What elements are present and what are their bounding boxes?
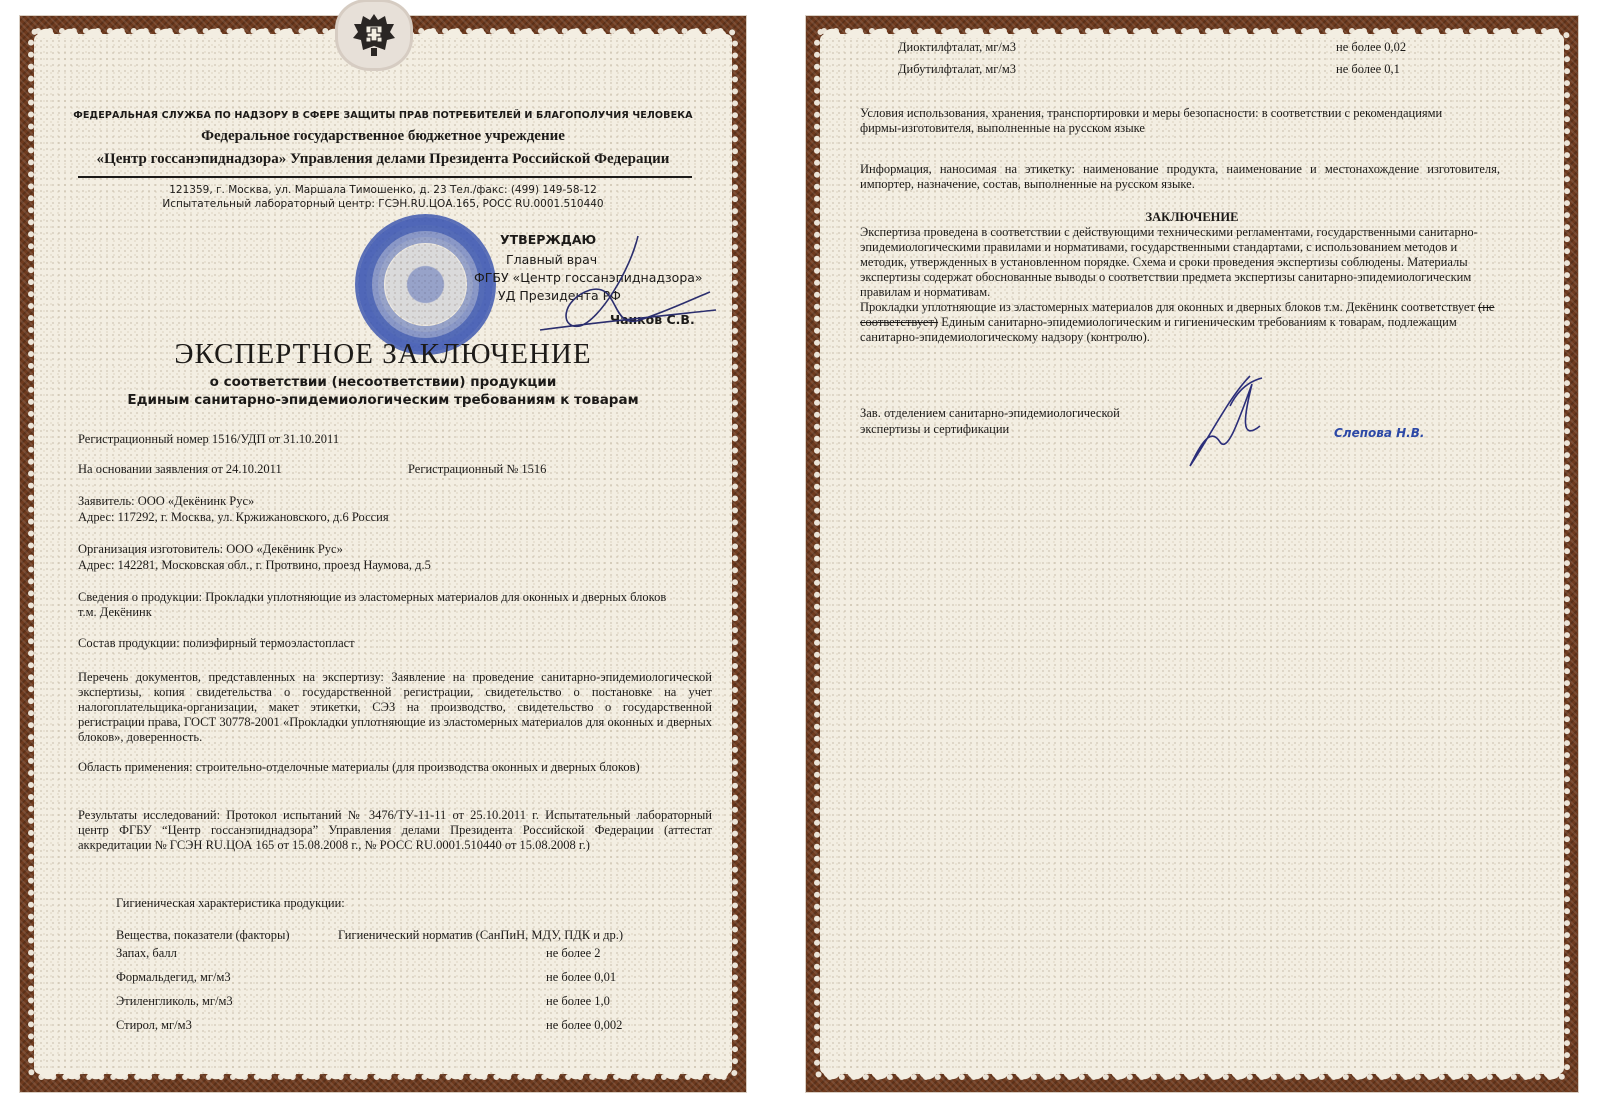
- document-subtitle-2: Единым санитарно-эпидемиологическим треб…: [20, 392, 746, 408]
- chief-doctor-signature-icon: [520, 230, 720, 340]
- certificate-page-1: ФЕДЕРАЛЬНАЯ СЛУЖБА ПО НАДЗОРУ В СФЕРЕ ЗА…: [20, 16, 746, 1092]
- registration-no: Регистрационный № 1516: [408, 462, 546, 477]
- table-row-name: Дибутилфталат, мг/м3: [898, 62, 1016, 77]
- institution-line-2: «Центр госсанэпиднадзора» Управления дел…: [20, 151, 746, 168]
- table-row-name: Запах, балл: [116, 946, 177, 961]
- application-scope: Область применения: строительно-отделочн…: [78, 760, 678, 775]
- table-row-value: не более 0,02: [1336, 40, 1406, 55]
- institution-address: 121359, г. Москва, ул. Маршала Тимошенко…: [20, 184, 746, 196]
- hygiene-heading: Гигиеническая характеристика продукции:: [116, 896, 345, 911]
- table-row-value: не более 1,0: [546, 994, 610, 1009]
- signer-name-stamp: Слепова Н.В.: [1334, 426, 1424, 440]
- application-date: На основании заявления от 24.10.2011: [78, 462, 282, 477]
- table-row-value: не более 0,1: [1336, 62, 1400, 77]
- table-row-name: Стирол, мг/м3: [116, 1018, 192, 1033]
- verdict-text: Прокладки уплотняющие из эластомерных ма…: [860, 300, 1478, 314]
- manufacturer-address: Адрес: 142281, Московская обл., г. Протв…: [78, 558, 431, 573]
- label-information: Информация, наносимая на этикетку: наиме…: [860, 162, 1500, 192]
- table-header-norm: Гигиенический норматив (СанПиН, МДУ, ПДК…: [338, 928, 623, 943]
- document-title: ЭКСПЕРТНОЕ ЗАКЛЮЧЕНИЕ: [20, 338, 746, 371]
- product-composition: Состав продукции: полиэфирный термоэласт…: [78, 636, 355, 651]
- conclusion-verdict: Прокладки уплотняющие из эластомерных ма…: [860, 300, 1500, 345]
- verdict-text-end: Единым санитарно-эпидемиологическим и ги…: [860, 315, 1457, 344]
- signer-title-line-1: Зав. отделением санитарно-эпидемиологиче…: [860, 406, 1120, 421]
- research-results: Результаты исследований: Протокол испыта…: [78, 808, 712, 853]
- usage-conditions: Условия использования, хранения, транспо…: [860, 106, 1460, 136]
- border-scallop: [820, 1070, 1564, 1084]
- manufacturer: Организация изготовитель: ООО «Декёнинк …: [78, 542, 343, 557]
- table-row-name: Формальдегид, мг/м3: [116, 970, 231, 985]
- coat-of-arms-emblem-icon: [338, 2, 410, 68]
- lab-accreditation: Испытательный лабораторный центр: ГСЭН.R…: [20, 198, 746, 210]
- table-row-value: не более 0,01: [546, 970, 616, 985]
- product-info: Сведения о продукции: Прокладки уплотняю…: [78, 590, 678, 620]
- table-row-value: не более 2: [546, 946, 601, 961]
- document-subtitle-1: о соответствии (несоответствии) продукци…: [20, 374, 746, 390]
- applicant-address: Адрес: 117292, г. Москва, ул. Кржижановс…: [78, 510, 389, 525]
- conclusion-heading: ЗАКЛЮЧЕНИЕ: [806, 210, 1578, 225]
- border-scallop: [34, 1070, 732, 1084]
- applicant: Заявитель: ООО «Декёнинк Рус»: [78, 494, 254, 509]
- agency-name: ФЕДЕРАЛЬНАЯ СЛУЖБА ПО НАДЗОРУ В СФЕРЕ ЗА…: [20, 110, 746, 121]
- head-signature-icon: [1170, 366, 1280, 476]
- certificate-page-2: Диоктилфталат, мг/м3 не более 0,02 Дибут…: [806, 16, 1578, 1092]
- registration-number: Регистрационный номер 1516/УДП от 31.10.…: [78, 432, 339, 447]
- documents-list: Перечень документов, представленных на э…: [78, 670, 712, 745]
- table-row-value: не более 0,002: [546, 1018, 622, 1033]
- conclusion-text: Экспертиза проведена в соответствии с де…: [860, 225, 1500, 300]
- header-divider: [78, 176, 692, 178]
- table-row-name: Диоктилфталат, мг/м3: [898, 40, 1016, 55]
- border-scallop: [820, 24, 1564, 38]
- institution-line-1: Федеральное государственное бюджетное уч…: [20, 128, 746, 145]
- signer-title-line-2: экспертизы и сертификации: [860, 422, 1009, 437]
- table-header-substance: Вещества, показатели (факторы): [116, 928, 290, 943]
- table-row-name: Этиленгликоль, мг/м3: [116, 994, 233, 1009]
